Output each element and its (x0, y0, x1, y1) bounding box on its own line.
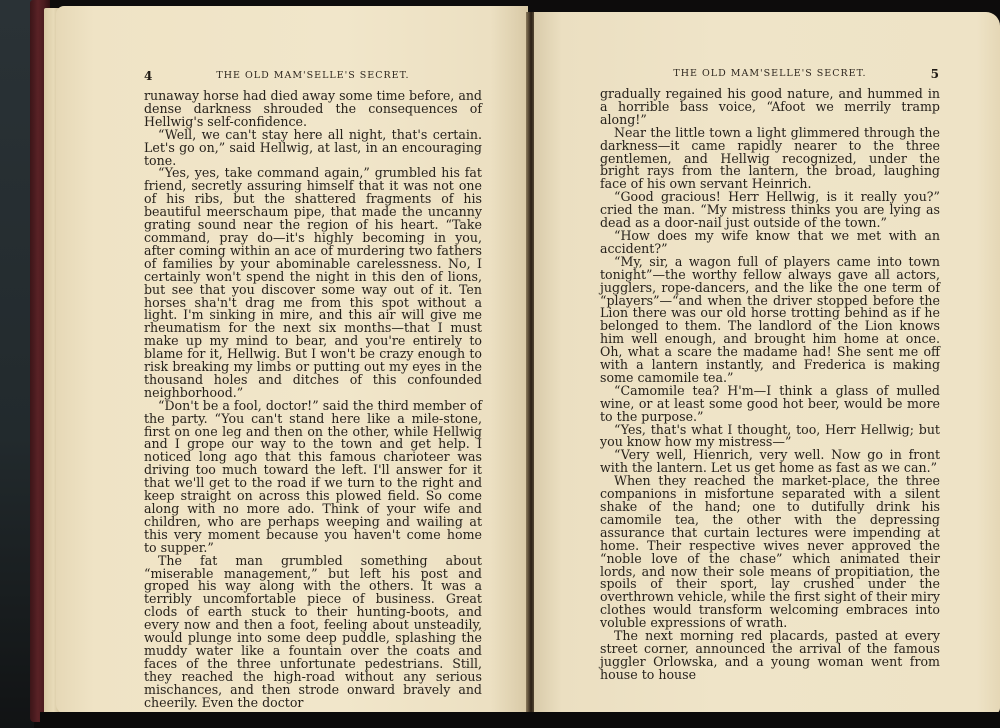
right-page: THE OLD MAM'SELLE'S SECRET. 5 gradually … (534, 12, 1000, 714)
running-head-title: THE OLD MAM'SELLE'S SECRET. (216, 70, 409, 81)
body-text-left: runaway horse had died away some time be… (144, 90, 482, 710)
paragraph: The fat man grumbled something about “mi… (144, 555, 482, 710)
paragraph: “Good gracious! Herr Hellwig, is it real… (600, 191, 940, 230)
paragraph: “Yes, that's what I thought, too, Herr H… (600, 424, 940, 450)
running-head-right: THE OLD MAM'SELLE'S SECRET. 5 (600, 68, 940, 84)
paragraph: “Don't be a fool, doctor!” said the thir… (144, 400, 482, 555)
paragraph: “My, sir, a wagon full of players came i… (600, 256, 940, 385)
paragraph: “Very well, Hienrich, very well. Now go … (600, 449, 940, 475)
paragraph: “How does my wife know that we met with … (600, 230, 940, 256)
paragraph: gradually regained his good nature, and … (600, 88, 940, 127)
paragraph: The next morning red placards, pasted at… (600, 630, 940, 682)
paragraph: “Yes, yes, take command again,” grumbled… (144, 167, 482, 399)
scan-bottom-edge (40, 712, 1000, 728)
body-text-right: gradually regained his good nature, and … (600, 88, 940, 682)
scan-background (0, 0, 34, 728)
paragraph: When they reached the market-place, the … (600, 475, 940, 630)
page-number-left: 4 (144, 69, 153, 83)
paragraph: runaway horse had died away some time be… (144, 90, 482, 129)
running-head-title: THE OLD MAM'SELLE'S SECRET. (673, 68, 866, 79)
paragraph: “Well, we can't stay here all night, tha… (144, 129, 482, 168)
page-number-right: 5 (931, 67, 940, 81)
running-head-left: 4 THE OLD MAM'SELLE'S SECRET. (144, 70, 482, 86)
paragraph: Near the little town a light glimmered t… (600, 127, 940, 192)
paragraph: “Camomile tea? H'm—I think a glass of mu… (600, 385, 940, 424)
left-page: 4 THE OLD MAM'SELLE'S SECRET. runaway ho… (56, 6, 528, 714)
